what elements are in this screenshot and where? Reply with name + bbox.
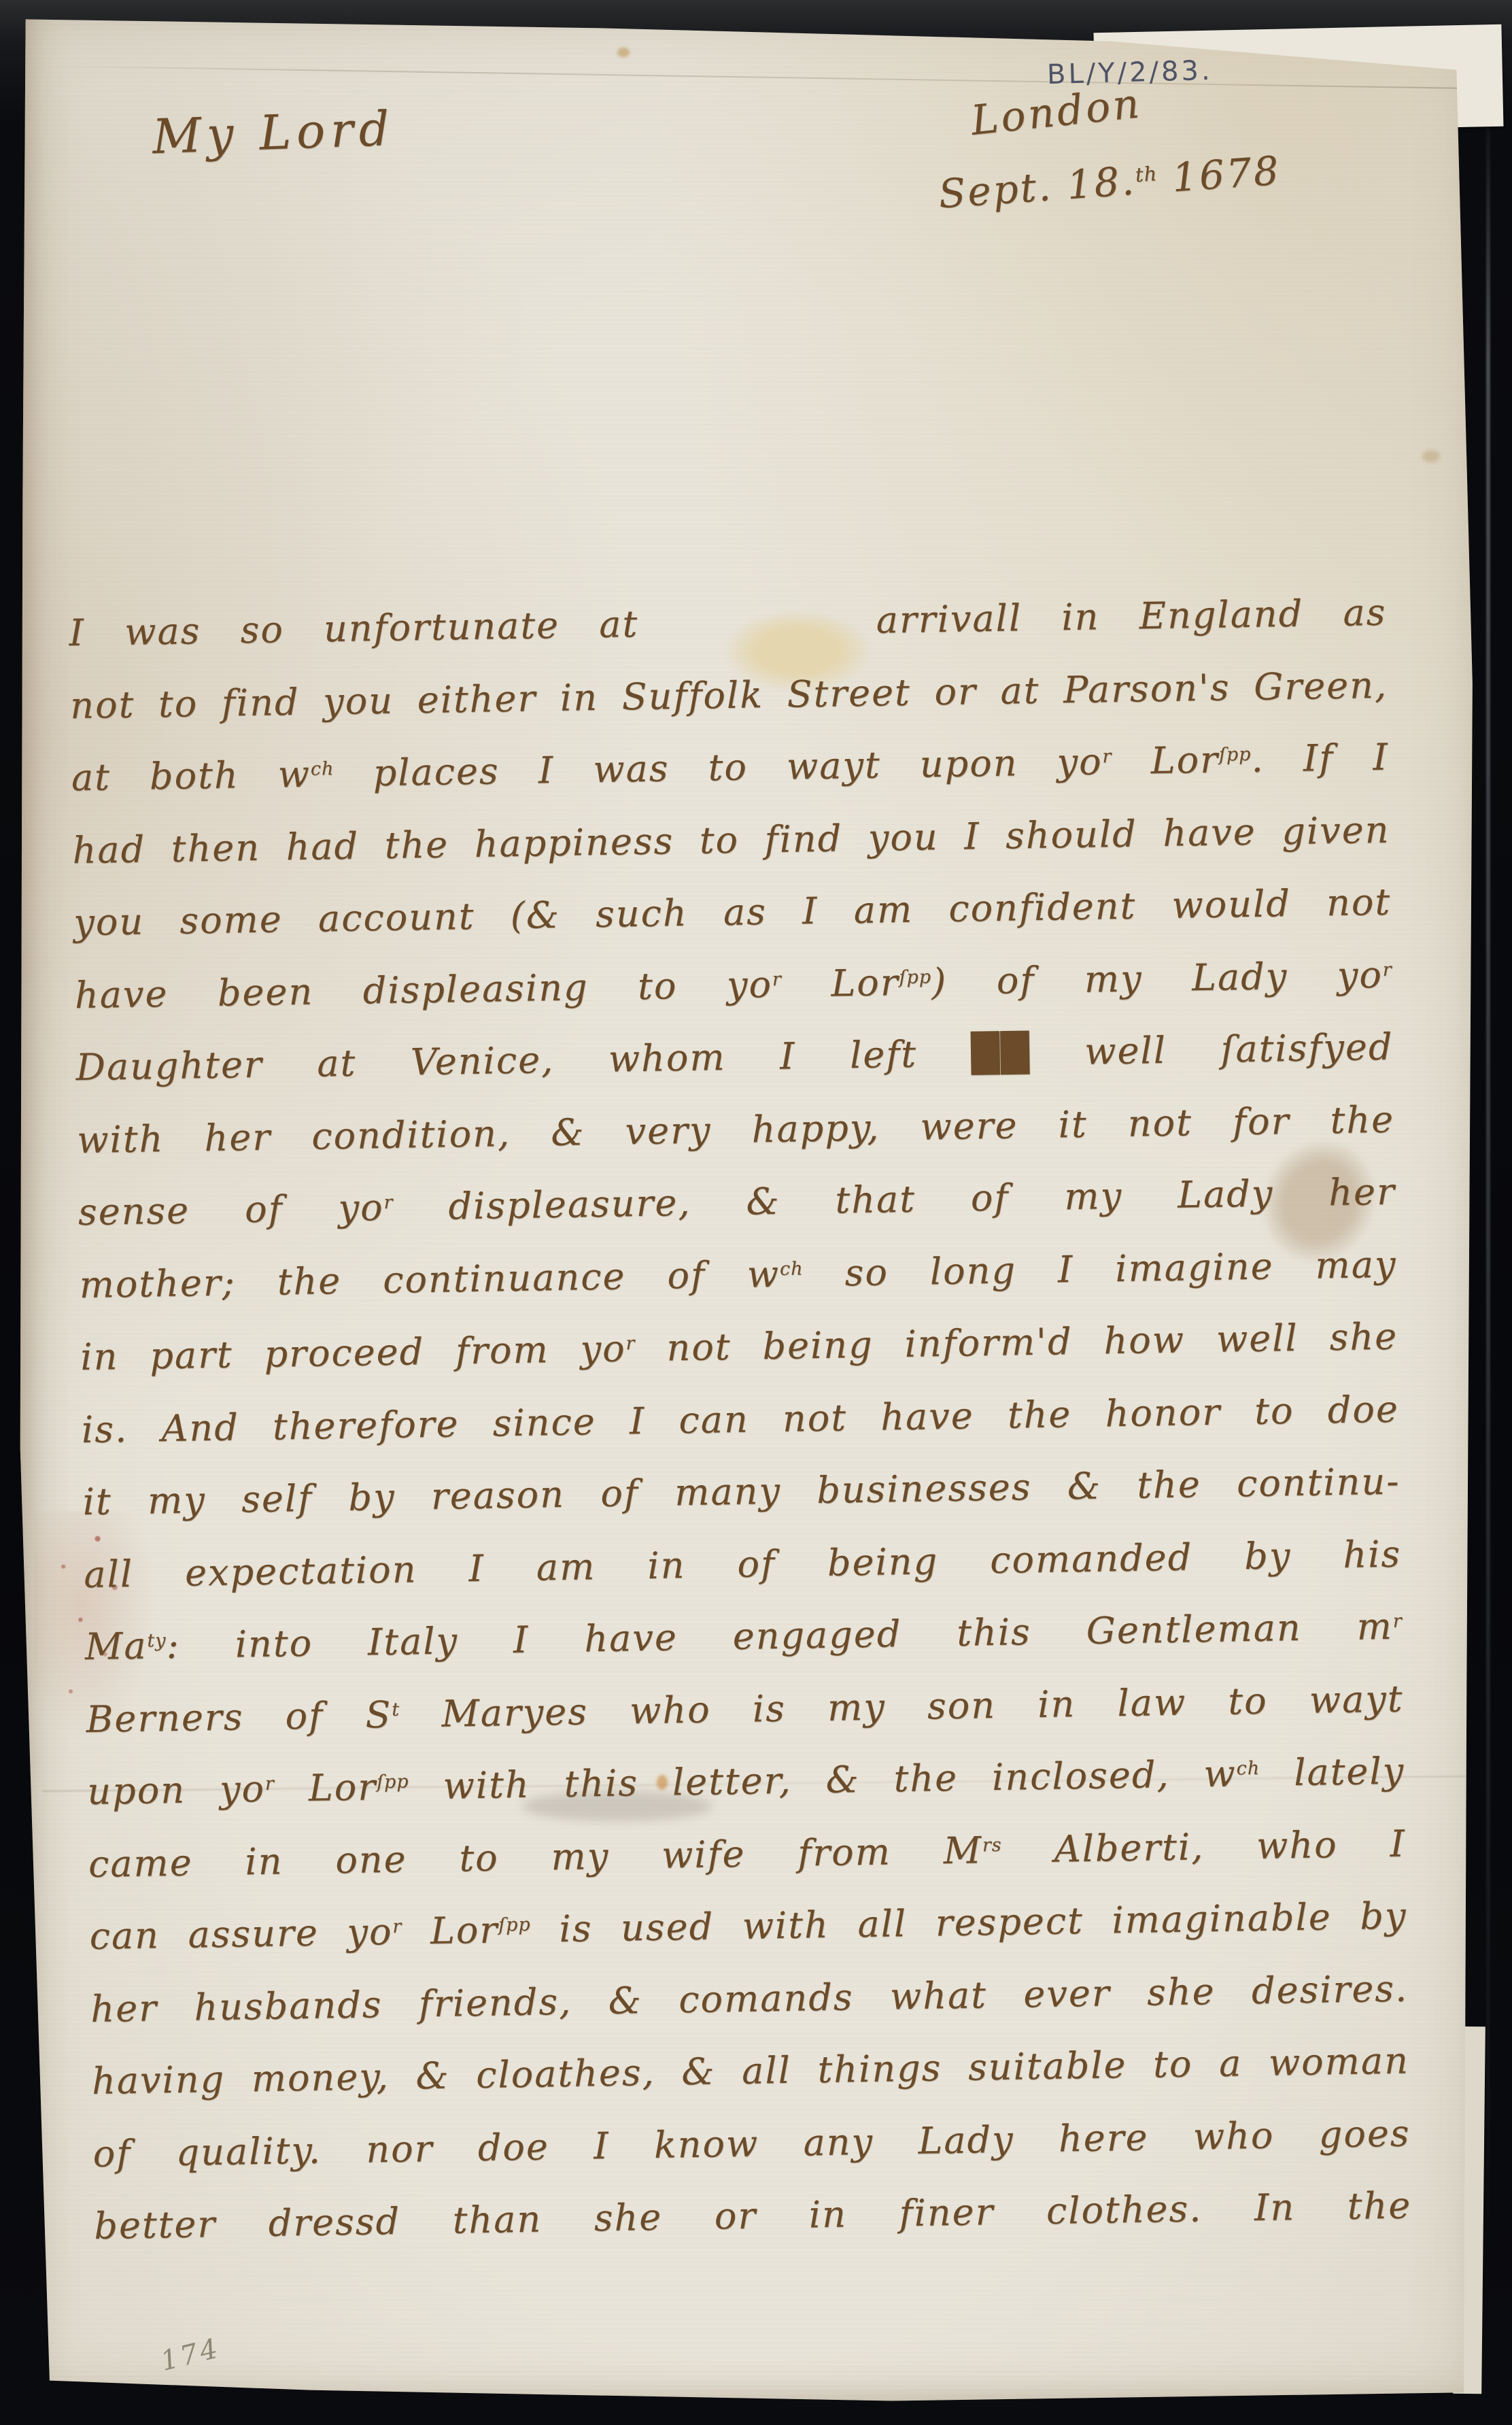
book-edge-line xyxy=(1486,95,1490,2258)
scanned-letter-page: { "document": { "catalog_mark": "BL/Y/2/… xyxy=(0,0,1512,2425)
letter-body: I was so unfortunate at arrivall in Engl… xyxy=(69,577,1412,2263)
paper-crease-top xyxy=(42,65,1483,89)
place-line: London xyxy=(969,80,1144,145)
date-line: Sept. 18.th 1678 xyxy=(937,148,1282,218)
foxing-spot xyxy=(1422,450,1440,462)
manuscript-paper: BL/Y/2/83. My Lord London Sept. 18.th 16… xyxy=(19,15,1474,2403)
foxing-spot xyxy=(617,48,630,57)
folio-number: 174 xyxy=(158,2333,224,2377)
salutation: My Lord xyxy=(152,101,396,165)
